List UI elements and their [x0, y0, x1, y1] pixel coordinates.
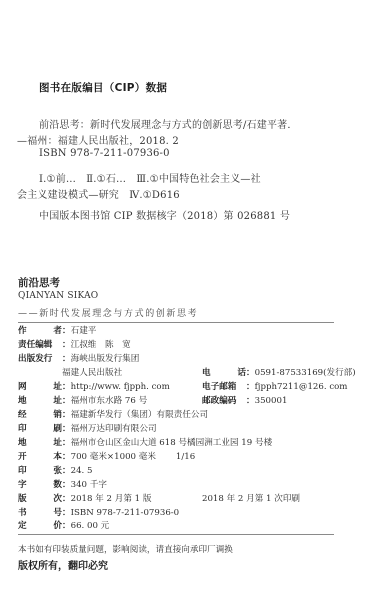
detail-words: 字数：340 千字 — [18, 479, 107, 492]
detail-edition: 版次：2018 年 2 月第 1 版 — [18, 493, 151, 506]
detail-price: 定价：66. 00 元 — [18, 520, 109, 533]
divider-bottom — [18, 534, 334, 535]
book-subtitle: ——新时代发展理念与方式的创新思考 — [18, 306, 198, 319]
detail-publisher-2: 福建人民出版社 — [62, 367, 122, 380]
book-pinyin: QIANYAN SIKAO — [18, 291, 98, 301]
detail-author: 作者：石建平 — [18, 325, 96, 338]
detail-editors: 责任编辑：江叔维 陈 宽 — [18, 339, 131, 352]
detail-address: 地址：福州市东水路 76 号 — [18, 395, 147, 408]
cip-line: 中国版本图书馆 CIP 数据核字（2018）第 026881 号 — [39, 207, 290, 222]
detail-phone: 电话：0591-87533169(发行部) — [202, 367, 356, 380]
copyright-notice: 版权所有，翻印必究 — [18, 557, 108, 572]
detail-publisher: 出版发行：海峡出版发行集团 — [18, 353, 139, 366]
cip-line: 前沿思考：新时代发展理念与方式的创新思考/石建平著． — [39, 116, 298, 131]
detail-website: 网址：http://www. fjpph. com — [18, 381, 170, 394]
divider-top — [18, 322, 334, 323]
detail-format: 开本：700 毫米×1000 毫米1/16 — [18, 451, 195, 464]
cip-line: 会主义建设模式—研究 Ⅳ.①D616 — [17, 186, 180, 201]
detail-printing: 2018 年 2 月第 1 次印刷 — [202, 493, 300, 506]
detail-postcode: 邮政编码：350001 — [202, 395, 287, 408]
detail-email: 电子邮箱：fjpph7211@126. com — [202, 381, 347, 394]
cip-line: Ⅰ.①前… Ⅱ.①石… Ⅲ.①中国特色社会主义—社 — [39, 170, 261, 185]
detail-sheets: 印张：24. 5 — [18, 465, 92, 478]
detail-distributor: 经销：福建新华发行（集团）有限责任公司 — [18, 409, 208, 422]
detail-printer: 印刷：福州万达印刷有限公司 — [18, 423, 157, 436]
cip-line: —福州：福建人民出版社，2018. 2 — [17, 132, 179, 147]
print-quality-notice: 本书如有印装质量问题，影响阅读，请直接向承印厂调换 — [18, 543, 233, 555]
book-title: 前沿思考 — [18, 275, 60, 290]
detail-printer-address: 地址：福州市仓山区金山大道 618 号橘园洲工业园 19 号楼 — [18, 437, 272, 450]
cip-heading: 图书在版编目（CIP）数据 — [39, 80, 167, 95]
detail-isbn: 书号：ISBN 978-7-211-07936-0 — [18, 507, 179, 520]
cip-line: ISBN 978-7-211-07936-0 — [39, 148, 170, 159]
